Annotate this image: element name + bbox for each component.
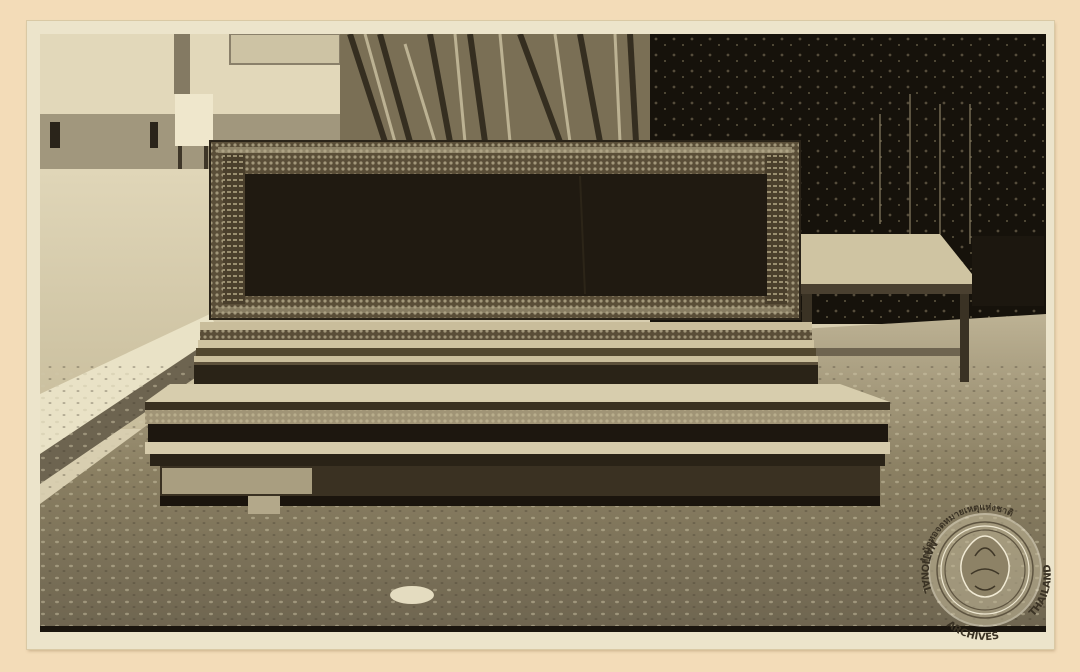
photo-scene xyxy=(40,34,1046,632)
national-archives-seal: สำนักหอจดหมายเหตุแห่งชาติ NATIONAL ARCHI… xyxy=(905,490,1065,650)
archival-photograph xyxy=(40,34,1046,632)
photo-mount: สำนักหอจดหมายเหตุแห่งชาติ NATIONAL ARCHI… xyxy=(0,0,1080,672)
